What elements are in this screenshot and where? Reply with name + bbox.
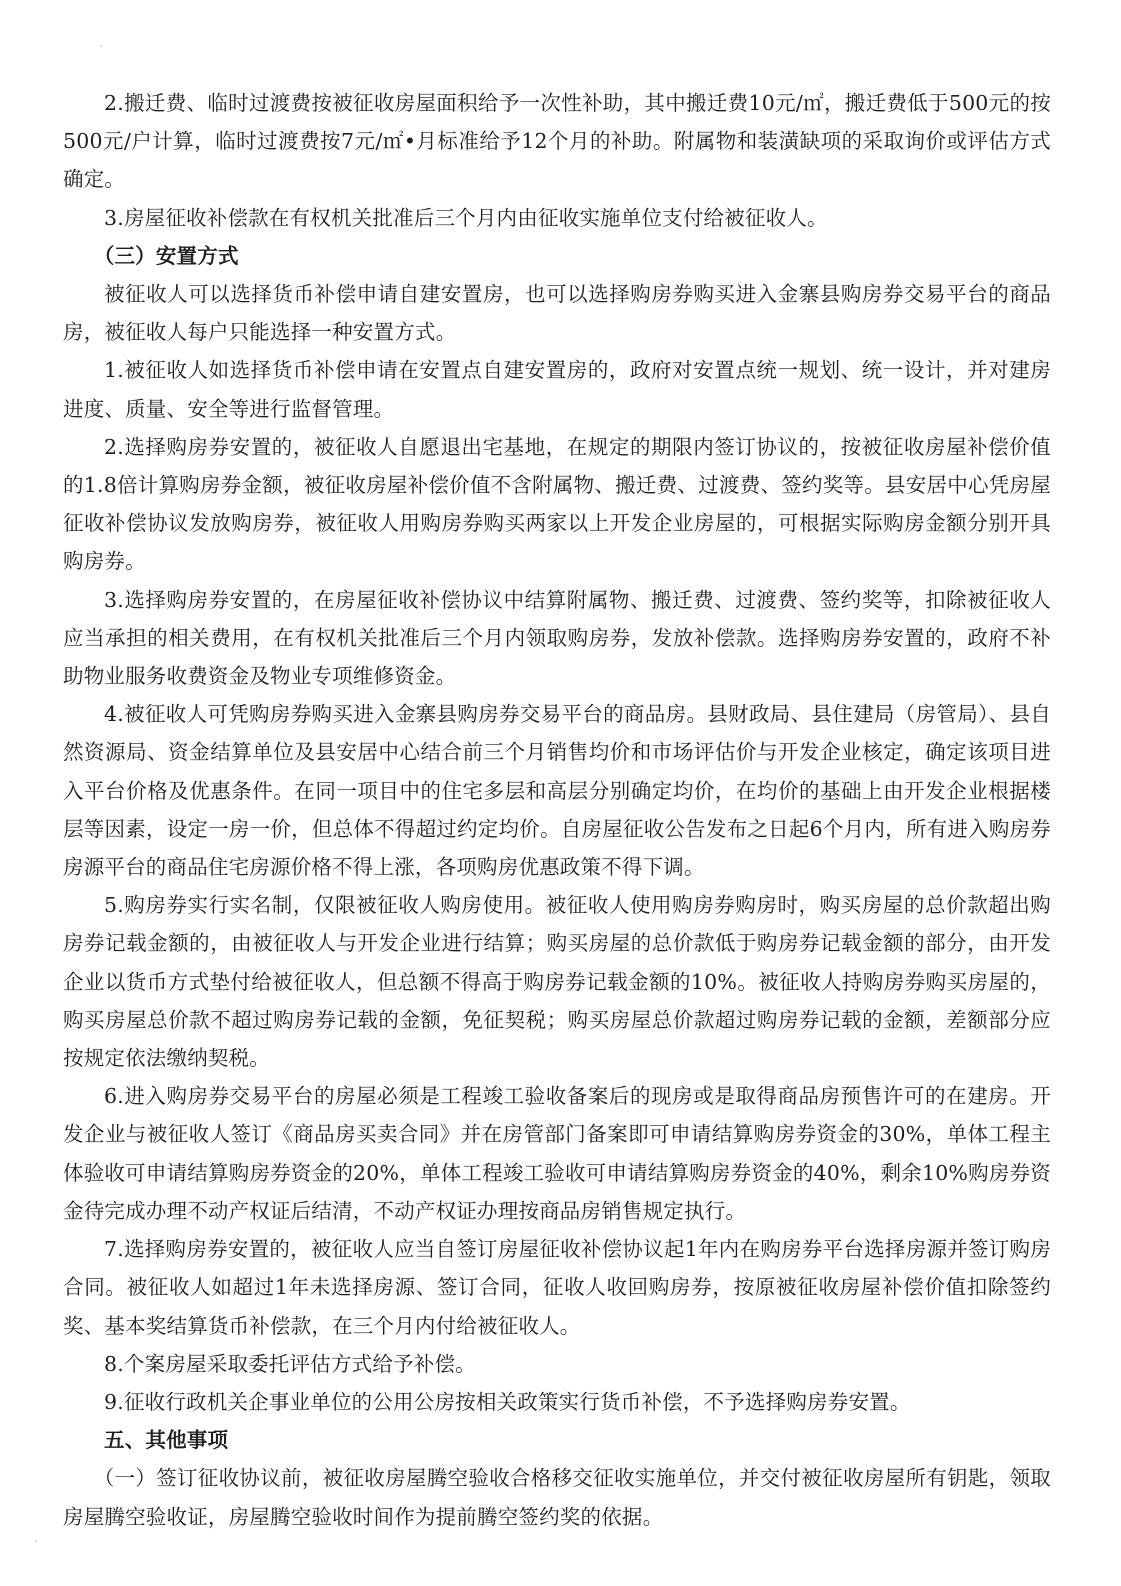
section-heading-resettlement: （三）安置方式 [63, 237, 1051, 275]
paragraph-item-1: 1.被征收人如选择货币补偿申请在安置点自建安置房的，政府对安置点统一规划、统一设… [63, 351, 1051, 427]
paragraph-resettlement-intro: 被征收人可以选择货币补偿申请自建安置房，也可以选择购房券购买进入金寨县购房券交易… [63, 275, 1051, 351]
paragraph-item-8: 8.个案房屋采取委托评估方式给予补偿。 [63, 1345, 1051, 1383]
paragraph-item-7: 7.选择购房券安置的，被征收人应当自签订房屋征收补偿协议起1年内在购房券平台选择… [63, 1230, 1051, 1345]
paragraph-item-5: 5.购房券实行实名制，仅限被征收人购房使用。被征收人使用购房券购房时，购买房屋的… [63, 886, 1051, 1077]
paragraph-item-6: 6.进入购房券交易平台的房屋必须是工程竣工验收备案后的现房或是取得商品房预售许可… [63, 1077, 1051, 1230]
scan-speck [35, 1540, 37, 1542]
paragraph-payment-timing: 3.房屋征收补偿款在有权机关批准后三个月内由征收实施单位支付给被征收人。 [63, 199, 1051, 237]
section-heading-other-matters: 五、其他事项 [63, 1421, 1051, 1459]
paragraph-other-1: （一）签订征收协议前，被征收房屋腾空验收合格移交征收实施单位，并交付被征收房屋所… [63, 1459, 1051, 1535]
paragraph-relocation-fee: 2.搬迁费、临时过渡费按被征收房屋面积给予一次性补助，其中搬迁费10元/㎡，搬迁… [63, 84, 1051, 199]
paragraph-item-4: 4.被征收人可凭购房券购买进入金寨县购房券交易平台的商品房。县财政局、县住建局（… [63, 695, 1051, 886]
scan-speck [100, 45, 102, 47]
paragraph-item-3: 3.选择购房券安置的，在房屋征收补偿协议中结算附属物、搬迁费、过渡费、签约奖等，… [63, 581, 1051, 696]
paragraph-item-2: 2.选择购房券安置的，被征收人自愿退出宅基地，在规定的期限内签订协议的，按被征收… [63, 428, 1051, 581]
paragraph-item-9: 9.征收行政机关企事业单位的公用公房按相关政策实行货币补偿，不予选择购房券安置。 [63, 1383, 1051, 1421]
document-page: 2.搬迁费、临时过渡费按被征收房屋面积给予一次性补助，其中搬迁费10元/㎡，搬迁… [63, 84, 1051, 1536]
